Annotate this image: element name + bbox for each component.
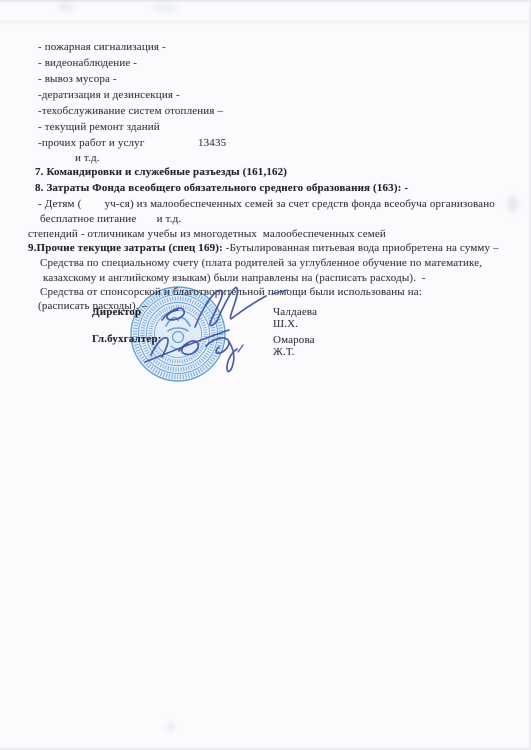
section9-heading-line: 9.Прочие текущие затраты (спец 169): -Бу… bbox=[28, 241, 499, 256]
section9-heading: 9.Прочие текущие затраты (спец 169): bbox=[28, 242, 223, 254]
director-label: Директор bbox=[92, 306, 141, 318]
etc-label: и т.д. bbox=[75, 151, 223, 165]
expense-line: -техобслуживание систем отопления – bbox=[38, 103, 223, 119]
scanned-document-page: - пожарная сигнализация - - видеонаблюде… bbox=[0, 0, 531, 750]
section8-line: - Детям ( уч-ся) из малообеспеченных сем… bbox=[28, 196, 495, 212]
expense-line: - вывоз мусора - bbox=[38, 71, 223, 87]
expense-line: - текущий ремонт зданий bbox=[38, 119, 223, 135]
accountant-label: Гл.бухгалтер: bbox=[92, 333, 162, 345]
sections-upper: 7. Командировки и служебные разъезды (16… bbox=[28, 164, 495, 227]
section9-line: Средства от спонсорской и благотворитель… bbox=[28, 285, 499, 299]
director-name: Чалдаева Ш.Х. bbox=[273, 306, 317, 330]
services-amount: 13435 bbox=[198, 135, 226, 151]
sections-lower: степендий - отличникам учебы из многодет… bbox=[28, 227, 499, 313]
expense-line: - видеонаблюдение - bbox=[38, 55, 223, 71]
expense-line: - пожарная сигнализация - bbox=[38, 39, 223, 55]
section8-line: бесплатное питание и т.д. bbox=[28, 212, 495, 227]
section9-line: казахскому и английскому языкам) были на… bbox=[28, 271, 499, 285]
section9-heading-rest: -Бутылированная питьевая вода приобретен… bbox=[223, 242, 499, 254]
expense-list: - пожарная сигнализация - - видеонаблюде… bbox=[38, 39, 223, 165]
services-label: -прочих работ и услуг bbox=[38, 137, 145, 149]
section8-line: степендий - отличникам учебы из многодет… bbox=[28, 227, 499, 241]
section9-line: Средства по специальному счету (плата ро… bbox=[28, 256, 499, 271]
expense-line-services: -прочих работ и услуг 13435 bbox=[38, 135, 223, 151]
expense-line: -дератизация и дезинсекция - bbox=[38, 87, 223, 103]
section7-heading: 7. Командировки и служебные разъезды (16… bbox=[28, 164, 495, 180]
accountant-name: Омарова Ж.Т. bbox=[273, 334, 315, 358]
section8-heading: 8. Затраты Фонда всеобщего обязательного… bbox=[28, 180, 495, 196]
